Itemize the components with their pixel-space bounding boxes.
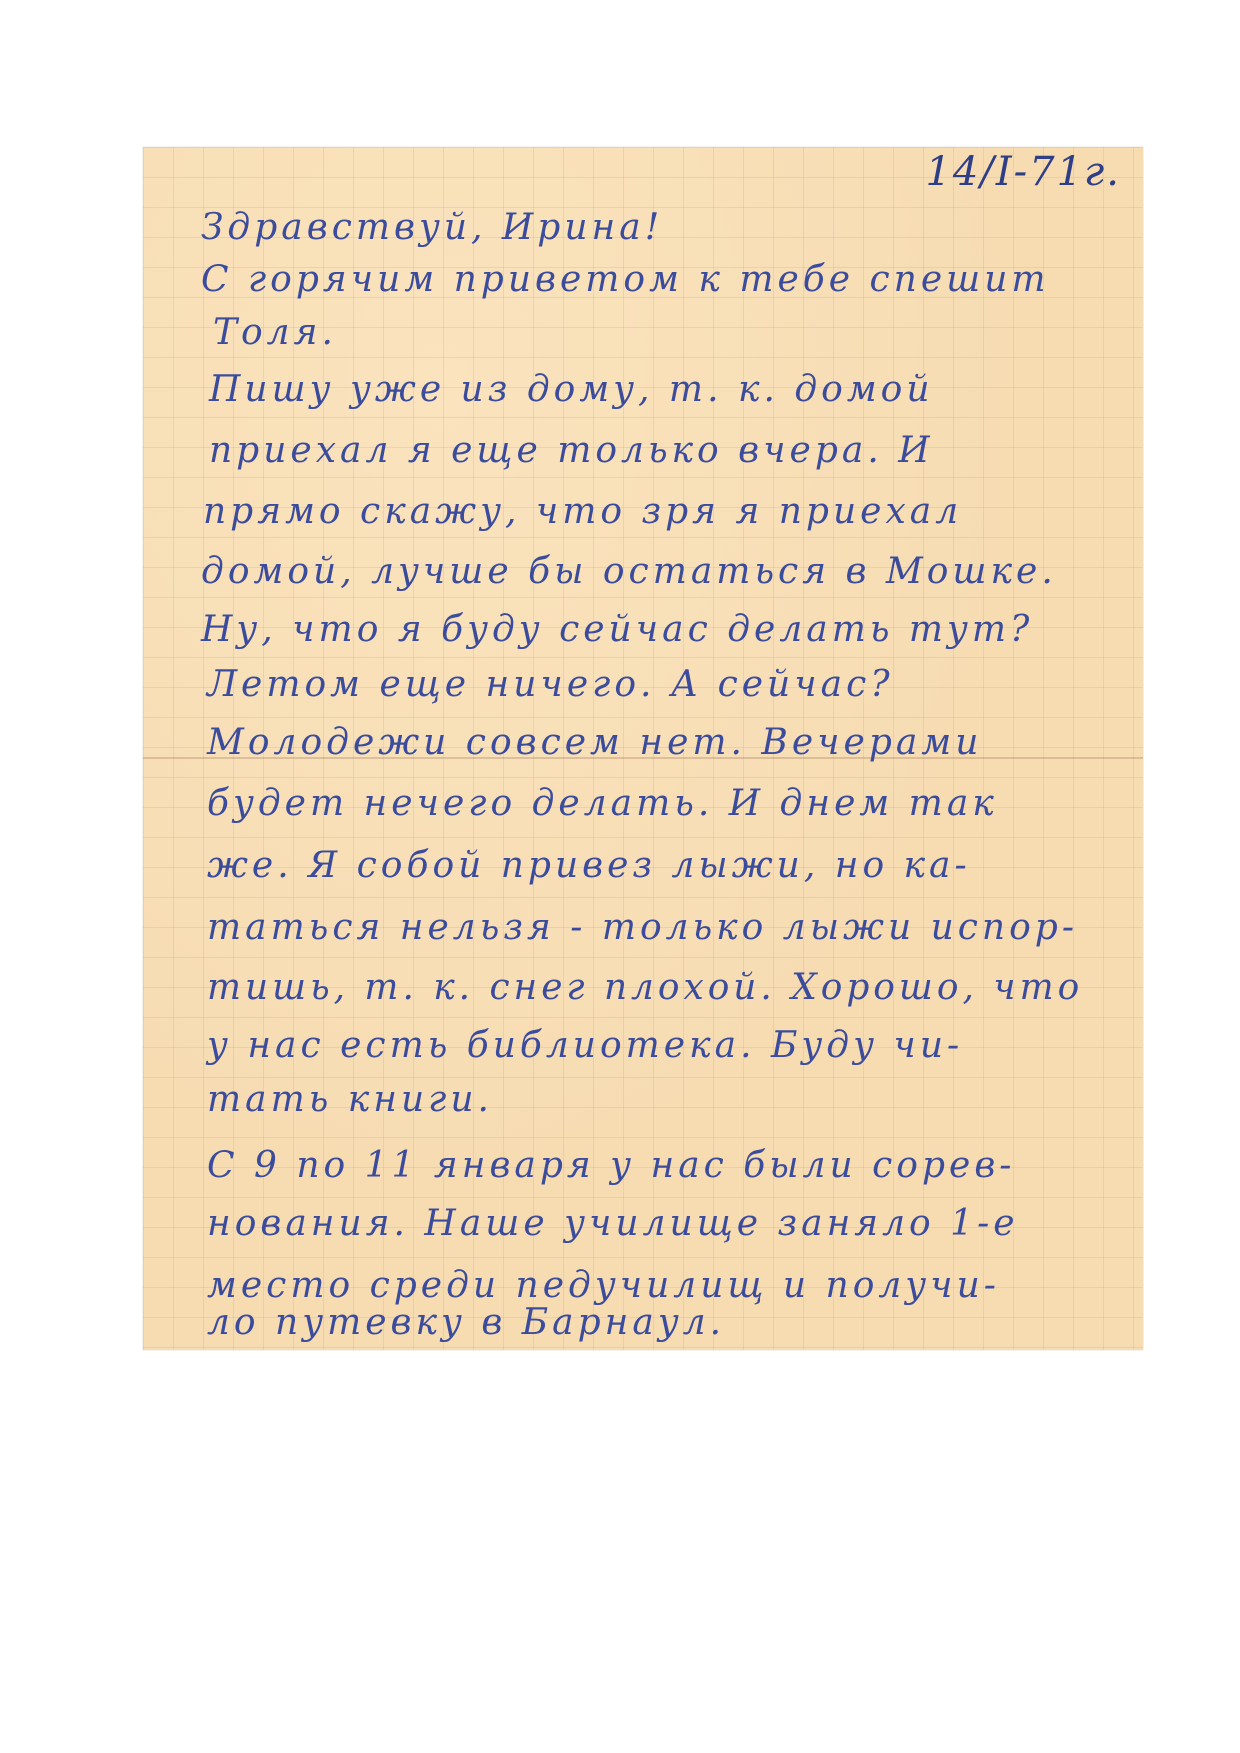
letter-line: тишь, т. к. снег плохой. Хорошо, что: [207, 967, 1083, 1008]
letter-sheet: 14/I-71г. Здравствуй, Ирина! С горячим п…: [143, 147, 1143, 1350]
letter-line: нования. Наше училище заняло 1-е: [207, 1203, 1019, 1244]
letter-line: тать книги.: [207, 1079, 493, 1120]
letter-greeting: Здравствуй, Ирина!: [201, 207, 663, 248]
letter-line: Пишу уже из дому, т. к. домой: [209, 369, 934, 410]
letter-line: Толя.: [213, 312, 337, 353]
letter-line: Молодежи совсем нет. Вечерами: [207, 722, 982, 763]
letter-line: С 9 по 11 января у нас были сорев-: [207, 1145, 1015, 1186]
letter-line: Летом еще ничего. А сейчас?: [207, 664, 894, 705]
letter-line: будет нечего делать. И днем так: [207, 783, 998, 824]
letter-date: 14/I-71г.: [925, 149, 1121, 195]
letter-line: таться нельзя - только лыжи испор-: [207, 907, 1078, 948]
letter-line: у нас есть библиотека. Буду чи-: [207, 1025, 963, 1066]
letter-line: Ну, что я буду сейчас делать тут?: [201, 609, 1033, 650]
letter-line: приехал я еще только вчера. И: [209, 430, 934, 471]
letter-line: домой, лучше бы остаться в Мошке.: [201, 551, 1057, 592]
letter-line: прямо скажу, что зря я приехал: [203, 491, 962, 532]
letter-line: С горячим приветом к тебе спешит: [201, 259, 1050, 300]
letter-line: ло путевку в Барнаул.: [207, 1302, 725, 1343]
letter-line: место среди педучилищ и получи-: [207, 1265, 1000, 1306]
letter-line: же. Я собой привез лыжи, но ка-: [207, 845, 971, 886]
